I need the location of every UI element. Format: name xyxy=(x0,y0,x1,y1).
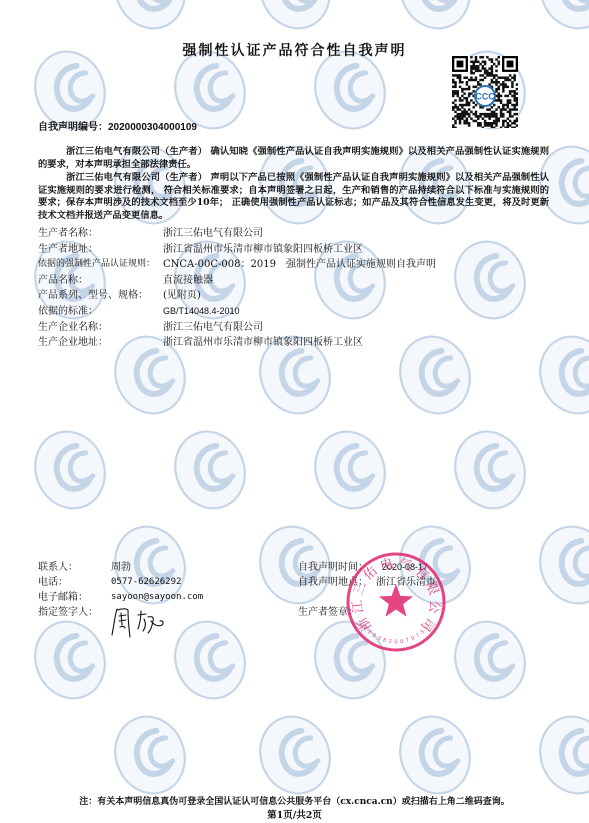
svg-text:限: 限 xyxy=(422,580,441,597)
svg-text:7: 7 xyxy=(405,637,410,644)
svg-text:3: 3 xyxy=(376,635,381,642)
svg-text:电: 电 xyxy=(379,555,395,574)
confirmation-paragraph: 浙江三佑电气有限公司（生产者） 确认知晓《强制性产品认证自我声明实施规则》以及相… xyxy=(38,146,549,171)
declaration-number: 自我声明编号：2020000304000109 xyxy=(38,118,197,133)
declaration-number-value: 2020000304000109 xyxy=(108,122,197,133)
svg-text:江: 江 xyxy=(350,599,367,614)
declaration-paragraph: 浙江三佑电气有限公司（生产者） 声明以下产品已按照《强制性产品认证自我声明实施规… xyxy=(38,172,549,222)
declaration-number-label: 自我声明编号： xyxy=(38,122,108,133)
svg-text:0: 0 xyxy=(394,639,397,645)
email-link[interactable]: sayoon@sayoon.com xyxy=(111,590,203,605)
handwritten-signature xyxy=(108,605,168,643)
svg-text:0: 0 xyxy=(371,632,377,639)
svg-text:公: 公 xyxy=(425,599,442,614)
page-indicator: 第1页/共2页 xyxy=(0,807,589,821)
footer-note: 注：有关本声明信息真伪可登录全国认证认可信息公共服务平台（cx.cnca.cn）… xyxy=(0,794,589,807)
declaration-document: 强制性认证产品符合性自我声明 CCC 自我声明编号：20200003040001… xyxy=(0,0,589,823)
company-seal-stamp: 浙江三佑电气有限公司3303820079755 xyxy=(344,550,448,654)
svg-text:9: 9 xyxy=(410,635,415,642)
svg-text:气: 气 xyxy=(397,556,413,574)
svg-text:0: 0 xyxy=(400,639,404,645)
qr-code-icon[interactable]: CCC xyxy=(452,56,518,128)
svg-text:2: 2 xyxy=(388,639,392,645)
svg-text:三: 三 xyxy=(351,580,370,597)
svg-text:CCC: CCC xyxy=(475,92,495,102)
svg-text:7: 7 xyxy=(415,632,421,639)
svg-text:8: 8 xyxy=(382,637,387,644)
